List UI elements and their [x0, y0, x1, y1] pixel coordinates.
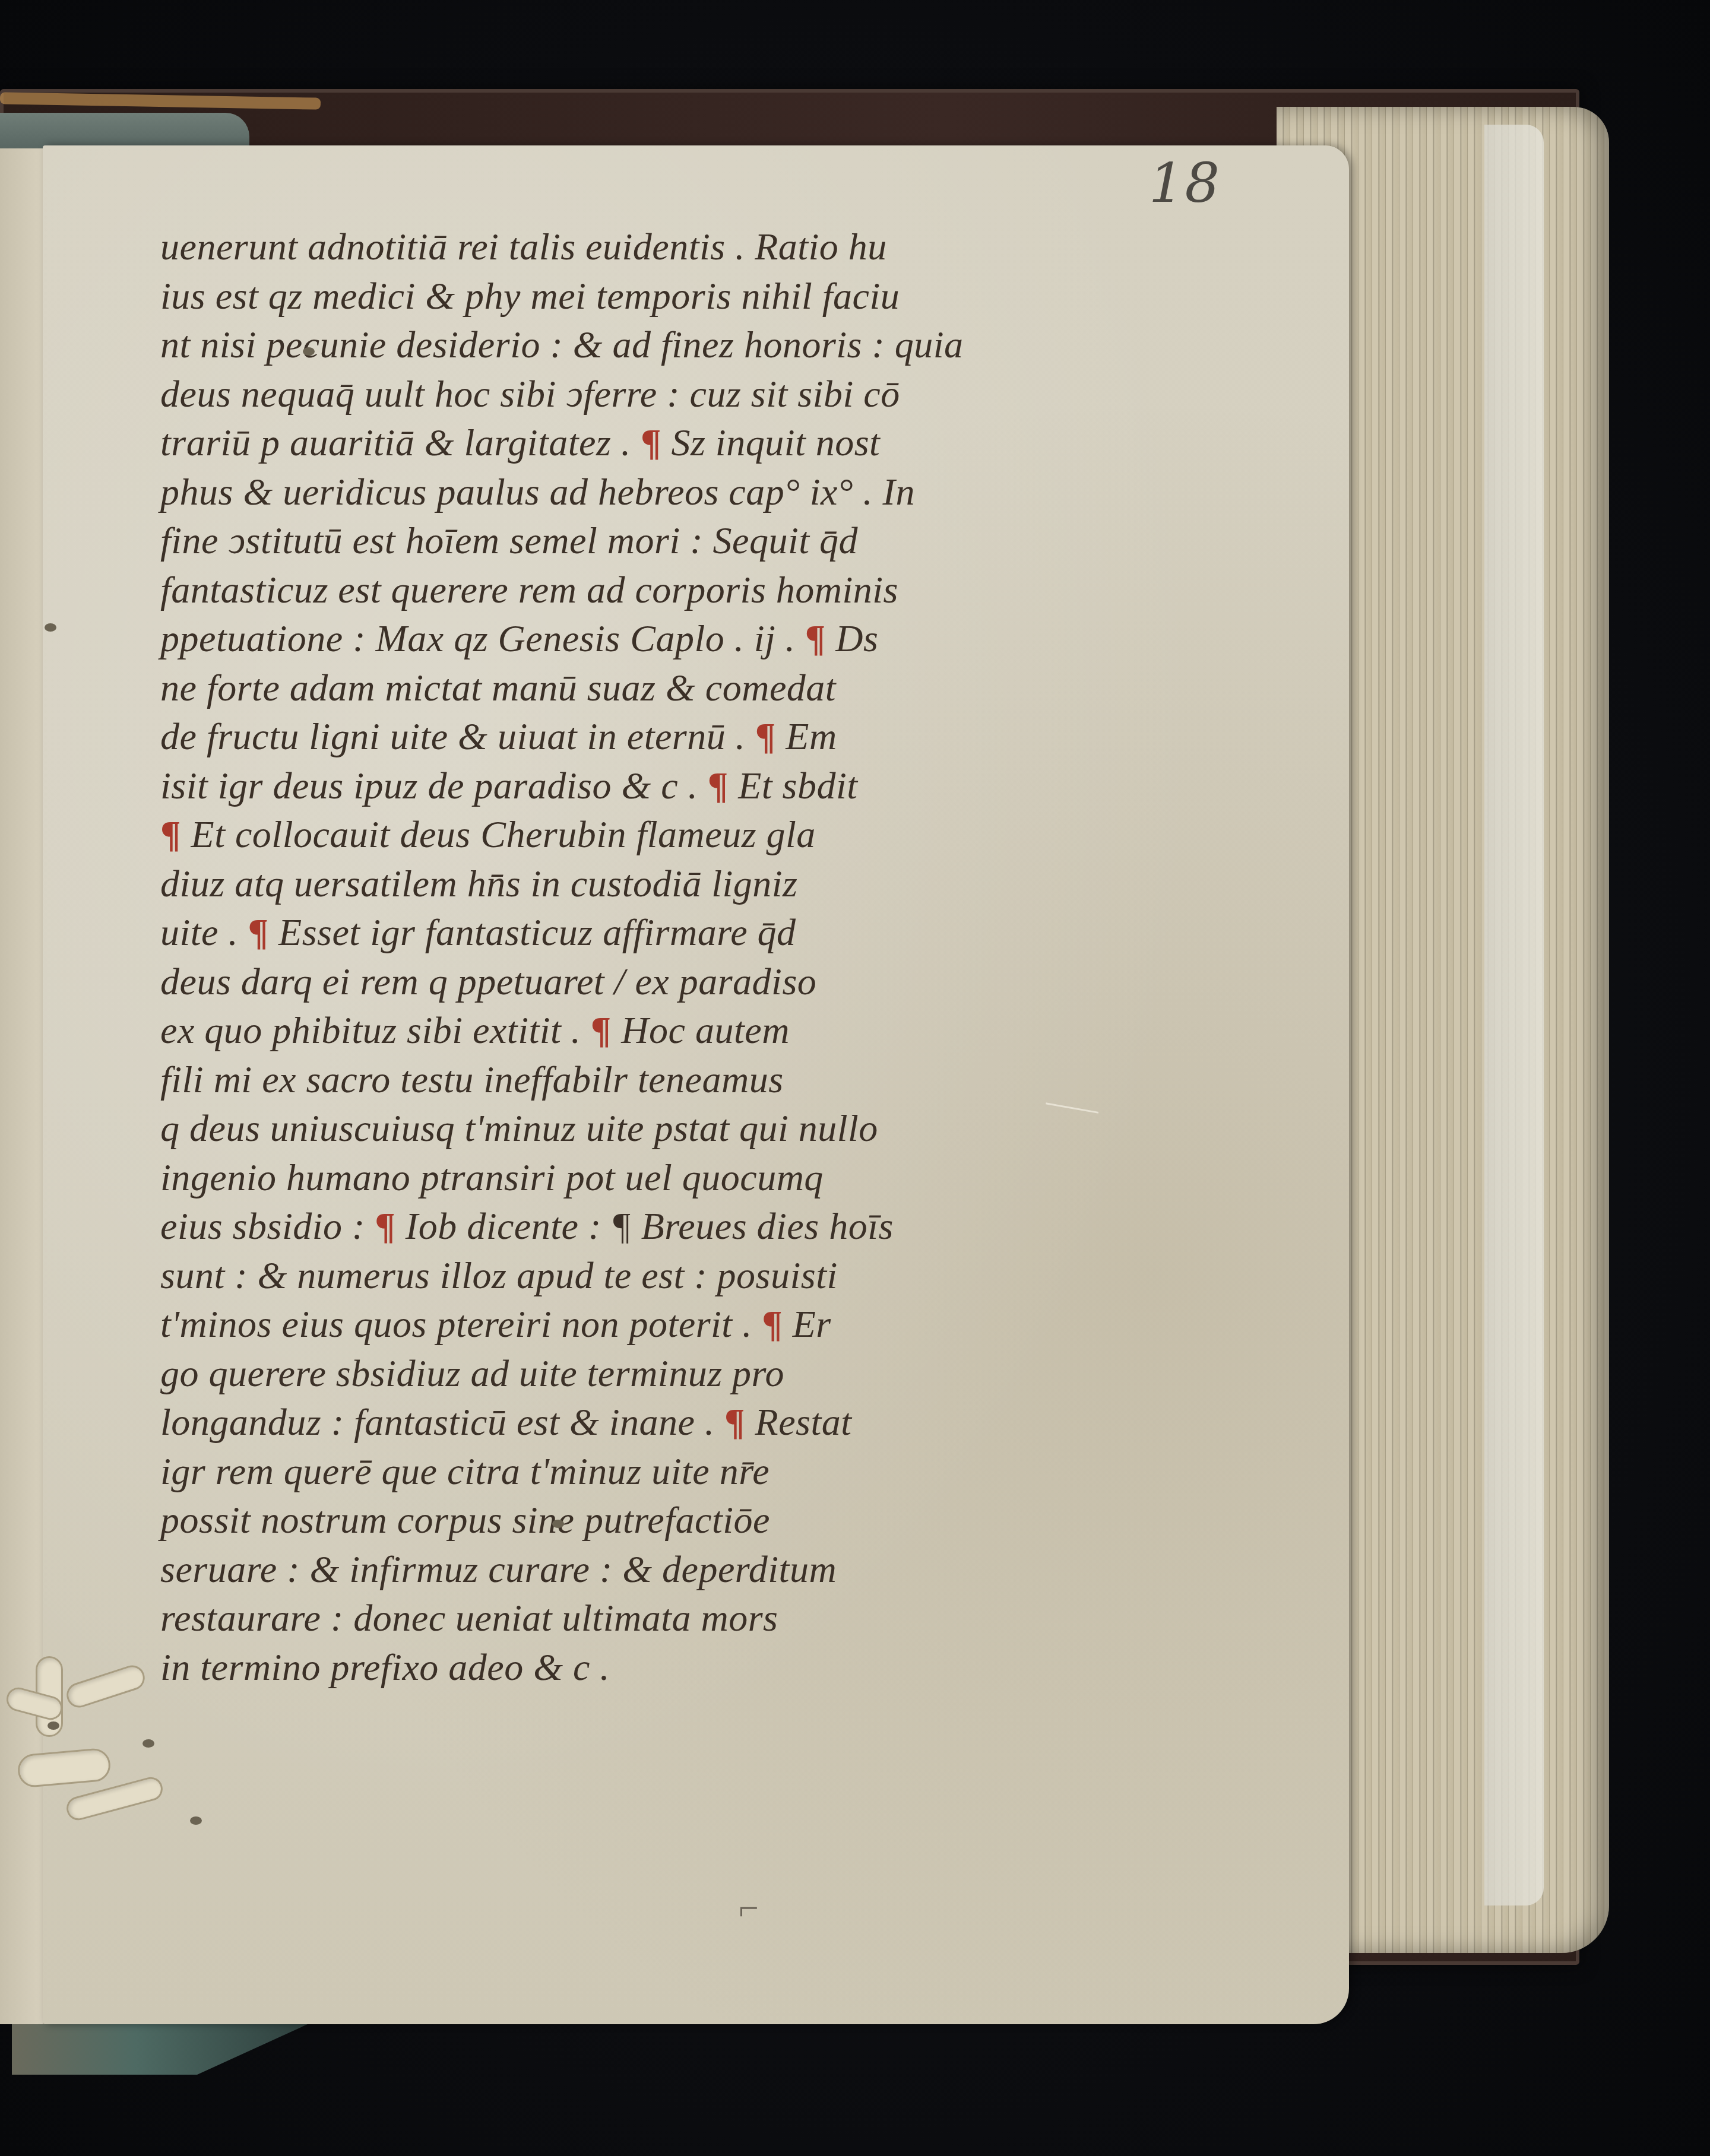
line-text: Restat	[755, 1401, 852, 1443]
rubric-paragraph-mark: ¶	[375, 1205, 406, 1247]
line-text: uite .	[160, 911, 248, 953]
line-text: deus darq ei rem q ppetuaret / ex paradi…	[160, 960, 816, 1003]
line-text: Esset igr fantasticuz affirmare q̄d	[278, 911, 796, 953]
line-text: seruare : & infirmuz curare : & deperdit…	[160, 1548, 837, 1590]
manuscript-line: deus nequaq̄ uult hoc sibi ↄferre : cuz …	[160, 370, 1063, 419]
manuscript-line: q deus uniuscuiusq t'minuz uite pstat qu…	[160, 1104, 1063, 1153]
line-text: ius est qz medici & phy mei temporis nih…	[160, 275, 900, 317]
manuscript-line: sunt : & numerus illoz apud te est : pos…	[160, 1251, 1063, 1301]
line-text: in termino prefixo adeo & c .	[160, 1646, 610, 1688]
line-text: diuz atq uersatilem hn̄s in custodiā lig…	[160, 863, 797, 905]
wormhole	[190, 1816, 202, 1825]
manuscript-line: possit nostrum corpus sine putrefactiōe	[160, 1496, 1063, 1545]
line-text: ingenio humano ptransiri pot uel quocumq	[160, 1156, 824, 1199]
line-text: Et sbdit	[738, 765, 857, 807]
wormhole	[303, 347, 315, 356]
facing-page-sliver	[0, 148, 44, 2024]
manuscript-line: fine ↄstitutū est hoīem semel mori : Seq…	[160, 516, 1063, 566]
manuscript-line: longanduz : fantasticū est & inane . ¶ R…	[160, 1398, 1063, 1447]
manuscript-line: ius est qz medici & phy mei temporis nih…	[160, 272, 1063, 321]
rubric-paragraph-mark: ¶	[591, 1009, 622, 1051]
manuscript-line: igr rem querē que citra t'minuz uite nr̄…	[160, 1447, 1063, 1496]
wormhole	[45, 623, 56, 632]
manuscript-line: fantasticuz est querere rem ad corporis …	[160, 566, 1063, 615]
manuscript-line: trariū p auaritiā & largitatez . ¶ Sz in…	[160, 418, 1063, 468]
line-text: Em	[786, 715, 837, 757]
line-text: Hoc autem	[621, 1009, 790, 1051]
line-text: deus nequaq̄ uult hoc sibi ↄferre : cuz …	[160, 373, 900, 415]
line-text: possit nostrum corpus sine putrefactiōe	[160, 1499, 770, 1541]
line-text: ppetuatione : Max qz Genesis Caplo . ij …	[160, 617, 805, 660]
rubric-paragraph-mark: ¶	[641, 421, 672, 464]
line-text: fili mi ex sacro testu ineffabilr teneam…	[160, 1058, 784, 1101]
rubric-paragraph-mark: ¶	[160, 813, 191, 855]
line-text: Er	[793, 1303, 831, 1345]
line-text: phus & ueridicus paulus ad hebreos cap° …	[160, 471, 915, 513]
endpaper-edge	[1484, 125, 1544, 1905]
manuscript-line: ppetuatione : Max qz Genesis Caplo . ij …	[160, 614, 1063, 664]
rubric-paragraph-mark: ¶	[248, 911, 278, 953]
line-text: uenerunt adnotitiā rei talis euidentis .	[160, 226, 755, 268]
line-text: t'minos eius quos ptereiri non poterit .	[160, 1303, 762, 1345]
line-text: fantasticuz est querere rem ad corporis …	[160, 569, 898, 611]
rubric-paragraph-mark: ¶	[724, 1401, 755, 1443]
manuscript-line: eius sbsidio : ¶ Iob dicente : ¶ Breues …	[160, 1202, 1063, 1251]
manuscript-line: phus & ueridicus paulus ad hebreos cap° …	[160, 468, 1063, 517]
manuscript-line: ex quo phibituz sibi extitit . ¶ Hoc aut…	[160, 1006, 1063, 1055]
line-text: Sz inquit nost	[671, 421, 880, 464]
wormhole	[552, 1520, 564, 1528]
folio-number: 18	[1149, 151, 1221, 215]
line-text: de fructu ligni uite & uiuat in eternū .	[160, 715, 755, 757]
line-text: isit igr deus ipuz de paradiso & c .	[160, 765, 708, 807]
rubric-paragraph-mark: ¶	[708, 765, 739, 807]
manuscript-line: de fructu ligni uite & uiuat in eternū .…	[160, 712, 1063, 762]
manuscript-line: isit igr deus ipuz de paradiso & c . ¶ E…	[160, 762, 1063, 811]
stray-ink-mark: ⌐	[736, 1888, 761, 1929]
manuscript-line: uenerunt adnotitiā rei talis euidentis .…	[160, 223, 1063, 272]
line-text: restaurare : donec ueniat ultimata mors	[160, 1597, 778, 1639]
text-block: uenerunt adnotitiā rei talis euidentis .…	[160, 223, 1063, 1692]
line-text: trariū p auaritiā & largitatez .	[160, 421, 641, 464]
manuscript-line: uite . ¶ Esset igr fantasticuz affirmare…	[160, 908, 1063, 957]
rubric-paragraph-mark: ¶	[762, 1303, 793, 1345]
manuscript-line: diuz atq uersatilem hn̄s in custodiā lig…	[160, 860, 1063, 909]
rubric-paragraph-mark: ¶	[755, 715, 786, 757]
rubric-paragraph-mark: ¶	[805, 617, 836, 660]
line-text: go querere sbsidiuz ad uite terminuz pro	[160, 1352, 784, 1394]
manuscript-line: restaurare : donec ueniat ultimata mors	[160, 1594, 1063, 1643]
manuscript-line: ¶ Et collocauit deus Cherubin flameuz gl…	[160, 810, 1063, 860]
line-text: fine ↄstitutū est hoīem semel mori : Seq…	[160, 519, 858, 562]
wormhole	[47, 1721, 59, 1730]
wormhole	[142, 1739, 154, 1748]
line-text: ex quo phibituz sibi extitit .	[160, 1009, 591, 1051]
manuscript-line: deus darq ei rem q ppetuaret / ex paradi…	[160, 957, 1063, 1007]
line-text: nt nisi pecunie desiderio : & ad finez h…	[160, 324, 964, 366]
manuscript-line: fili mi ex sacro testu ineffabilr teneam…	[160, 1055, 1063, 1105]
line-text: ne forte adam mictat manū suaz & comedat	[160, 667, 836, 709]
manuscript-line: nt nisi pecunie desiderio : & ad finez h…	[160, 321, 1063, 370]
line-text: longanduz : fantasticū est & inane .	[160, 1401, 724, 1443]
manuscript-line: seruare : & infirmuz curare : & deperdit…	[160, 1545, 1063, 1594]
manuscript-line: ne forte adam mictat manū suaz & comedat	[160, 664, 1063, 713]
manuscript-line: ingenio humano ptransiri pot uel quocumq	[160, 1153, 1063, 1203]
manuscript-line: go querere sbsidiuz ad uite terminuz pro	[160, 1349, 1063, 1399]
manuscript-line: in termino prefixo adeo & c .	[160, 1643, 1063, 1692]
line-text: Ratio hu	[755, 226, 887, 268]
line-text: eius sbsidio :	[160, 1205, 375, 1247]
line-text: Et collocauit deus Cherubin flameuz gla	[191, 813, 816, 855]
line-text: sunt : & numerus illoz apud te est : pos…	[160, 1254, 838, 1296]
line-text: Ds	[835, 617, 878, 660]
line-text: q deus uniuscuiusq t'minuz uite pstat qu…	[160, 1107, 878, 1149]
line-text: igr rem querē que citra t'minuz uite nr̄…	[160, 1450, 769, 1492]
line-text: Iob dicente : ¶ Breues dies hoīs	[406, 1205, 894, 1247]
manuscript-line: t'minos eius quos ptereiri non poterit .…	[160, 1300, 1063, 1349]
